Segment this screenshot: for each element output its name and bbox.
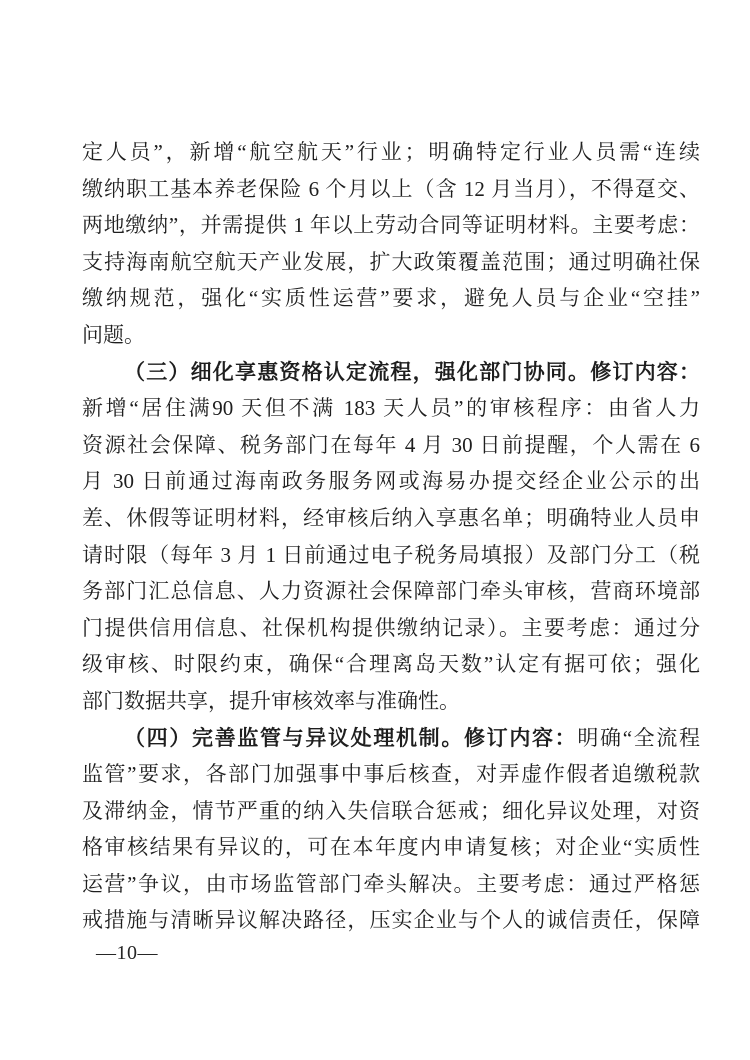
text-line: 务部门汇总信息、人力资源社会保障部门牵头审核，营商环境部 xyxy=(82,573,700,610)
text-line: 缴纳职工基本养老保险 6 个月以上（含 12 月当月），不得趸交、 xyxy=(82,171,700,208)
text-run: 支持海南航空航天产业发展，扩大政策覆盖范围；通过明确社保 xyxy=(82,250,700,274)
text-run: 月 30 日前通过海南政务服务网或海易办提交经企业公示的出 xyxy=(82,469,700,493)
text-line: 门提供信用信息、社保机构提供缴纳记录）。主要考虑：通过分 xyxy=(82,610,700,647)
text-run: 缴纳职工基本养老保险 6 个月以上（含 12 月当月），不得趸交、 xyxy=(82,177,700,201)
text-line: 请时限（每年 3 月 1 日前通过电子税务局填报）及部门分工（税 xyxy=(82,537,700,574)
text-line: 定人员”，新增“航空航天”行业；明确特定行业人员需“连续 xyxy=(82,134,700,171)
text-run: 明确“全流程 xyxy=(577,726,700,750)
document-page: 定人员”，新增“航空航天”行业；明确特定行业人员需“连续缴纳职工基本养老保险 6… xyxy=(0,0,750,1060)
text-run: 资源社会保障、税务部门在每年 4 月 30 日前提醒，个人需在 6 xyxy=(82,433,700,457)
text-run: 部门数据共享，提升审核效率与准确性。 xyxy=(82,689,460,713)
text-run: 格审核结果有异议的，可在本年度内申请复核；对企业“实质性 xyxy=(82,835,700,859)
text-run: 门提供信用信息、社保机构提供缴纳记录）。主要考虑：通过分 xyxy=(82,616,700,640)
text-run: 缴纳规范，强化“实质性运营”要求，避免人员与企业“空挂” xyxy=(82,286,700,310)
text-line: 支持海南航空航天产业发展，扩大政策覆盖范围；通过明确社保 xyxy=(82,244,700,281)
text-line: 缴纳规范，强化“实质性运营”要求，避免人员与企业“空挂” xyxy=(82,280,700,317)
text-line: 级审核、时限约束，确保“合理离岛天数”认定有据可依；强化 xyxy=(82,646,700,683)
text-line: 差、休假等证明材料，经审核后纳入享惠名单；明确特业人员申 xyxy=(82,500,700,537)
emphasis-run: （三）细化享惠资格认定流程，强化部门协同。 xyxy=(124,360,590,384)
text-line: 月 30 日前通过海南政务服务网或海易办提交经企业公示的出 xyxy=(82,463,700,500)
text-line: 新增“居住满90 天但不满 183 天人员”的审核程序：由省人力 xyxy=(82,390,700,427)
text-run: 请时限（每年 3 月 1 日前通过电子税务局填报）及部门分工（税 xyxy=(82,543,700,567)
page-number: —10— xyxy=(96,942,158,964)
text-run: 新增“居住满90 天但不满 183 天人员”的审核程序：由省人力 xyxy=(82,396,700,420)
text-line: 运营”争议，由市场监管部门牵头解决。主要考虑：通过严格惩 xyxy=(82,866,700,903)
text-line: 部门数据共享，提升审核效率与准确性。 xyxy=(82,683,700,720)
text-run: 及滞纳金，情节严重的纳入失信联合惩戒；细化异议处理，对资 xyxy=(82,799,700,823)
emphasis-run: 修订内容： xyxy=(464,726,577,750)
text-line: （四）完善监管与异议处理机制。修订内容：明确“全流程 xyxy=(82,720,700,757)
text-run: 定人员”，新增“航空航天”行业；明确特定行业人员需“连续 xyxy=(82,140,700,164)
text-line: 及滞纳金，情节严重的纳入失信联合惩戒；细化异议处理，对资 xyxy=(82,793,700,830)
text-run: 差、休假等证明材料，经审核后纳入享惠名单；明确特业人员申 xyxy=(82,506,700,530)
text-line: 两地缴纳”，并需提供 1 年以上劳动合同等证明材料。主要考虑： xyxy=(82,207,700,244)
emphasis-run: 修订内容： xyxy=(590,360,700,384)
text-run: 监管”要求，各部门加强事中事后核查，对弄虚作假者追缴税款 xyxy=(82,762,700,786)
document-body: 定人员”，新增“航空航天”行业；明确特定行业人员需“连续缴纳职工基本养老保险 6… xyxy=(82,134,700,939)
text-run: 运营”争议，由市场监管部门牵头解决。主要考虑：通过严格惩 xyxy=(82,872,700,896)
text-line: （三）细化享惠资格认定流程，强化部门协同。修订内容： xyxy=(82,354,700,391)
text-run: 务部门汇总信息、人力资源社会保障部门牵头审核，营商环境部 xyxy=(82,579,700,603)
text-run: 问题。 xyxy=(82,323,145,347)
text-line: 问题。 xyxy=(82,317,700,354)
text-line: 格审核结果有异议的，可在本年度内申请复核；对企业“实质性 xyxy=(82,829,700,866)
text-run: 戒措施与清晰异议解决路径，压实企业与个人的诚信责任，保障 xyxy=(82,908,700,932)
text-line: 监管”要求，各部门加强事中事后核查，对弄虚作假者追缴税款 xyxy=(82,756,700,793)
text-run: 两地缴纳”，并需提供 1 年以上劳动合同等证明材料。主要考虑： xyxy=(82,213,700,237)
text-line: 戒措施与清晰异议解决路径，压实企业与个人的诚信责任，保障 xyxy=(82,902,700,939)
text-line: 资源社会保障、税务部门在每年 4 月 30 日前提醒，个人需在 6 xyxy=(82,427,700,464)
emphasis-run: （四）完善监管与异议处理机制。 xyxy=(124,726,464,750)
text-run: 级审核、时限约束，确保“合理离岛天数”认定有据可依；强化 xyxy=(82,652,700,676)
